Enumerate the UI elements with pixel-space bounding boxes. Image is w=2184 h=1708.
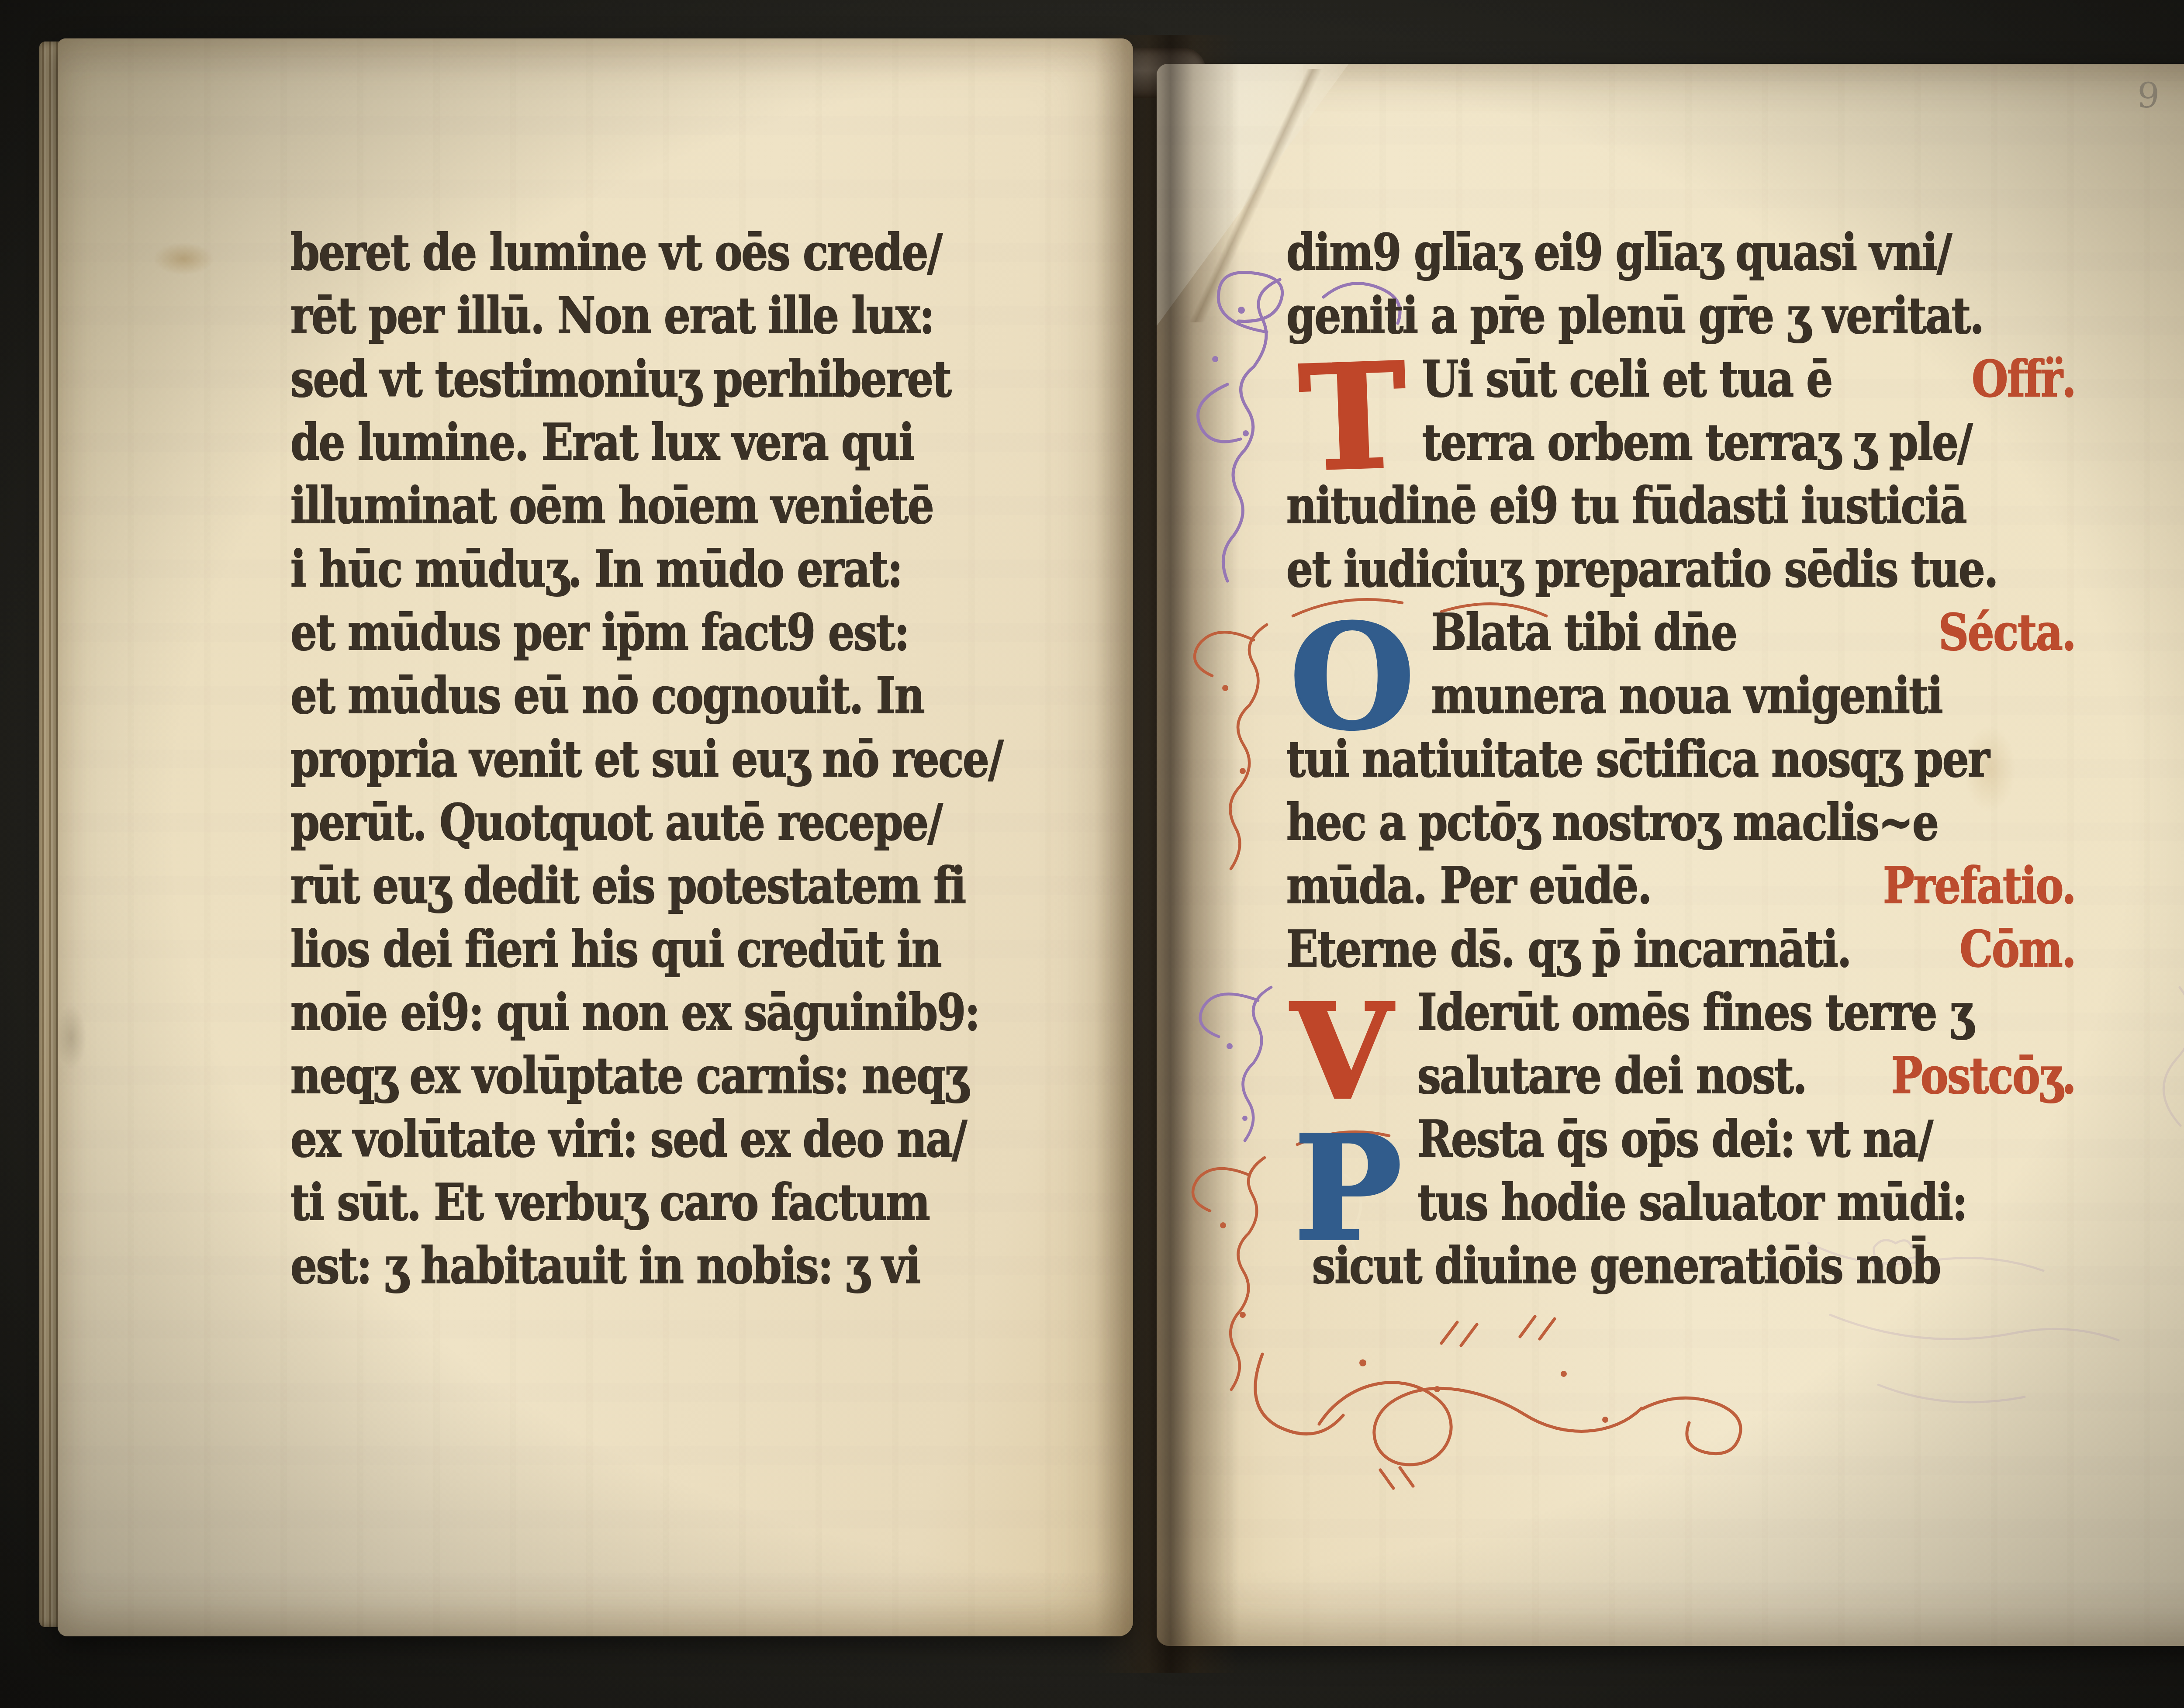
- text-line: de lumine. Erat lux vera qui: [290, 411, 1079, 474]
- text-segment: tus hodie saluator mūdi:: [1417, 1173, 1966, 1231]
- text-line: est: ʒ habitauit in nobis: ʒ vi: [290, 1234, 1079, 1297]
- text-line: Iderūt omēs fines terre ʒ: [1286, 981, 2075, 1044]
- text-segment: ti sūt. Et verbuʒ caro factum: [290, 1173, 929, 1231]
- text-segment: de lumine. Erat lux vera qui: [290, 413, 913, 471]
- text-segment: ex volūtate viri: sed ex deo na/: [290, 1110, 966, 1168]
- text-line: beret de lumine vt oēs crede/: [290, 221, 1079, 284]
- text-segment: et mūdus per ip̄m fact9 est:: [290, 603, 909, 661]
- text-line: geniti a pr̄e plenū gr̄e ʒ veritat.: [1286, 284, 2075, 347]
- text-segment: Eterne ds̄. qʒ p̄ incarnāti.: [1286, 917, 1851, 981]
- text-segment: est: ʒ habitauit in nobis: ʒ vi: [290, 1236, 920, 1295]
- text-line: sed vt testimoniuʒ perhiberet: [290, 347, 1079, 411]
- text-line: sicut diuine generatiōis nob̄: [1286, 1234, 2075, 1297]
- text-segment: neqʒ ex volūptate carnis: neqʒ: [290, 1046, 968, 1105]
- text-segment: dim9 glīaʒ ei9 glīaʒ quasi vni/: [1286, 223, 1951, 281]
- text-segment: sed vt testimoniuʒ perhiberet: [290, 349, 950, 408]
- text-line: dim9 glīaʒ ei9 glīaʒ quasi vni/: [1286, 221, 2075, 284]
- text-segment: Ui sūt celi et tua ē: [1422, 347, 1832, 411]
- left-page-edge-stack: [39, 41, 60, 1627]
- text-line: et mūdus eū nō cognouit. In: [290, 664, 1079, 727]
- text-line: rūt euʒ dedit eis potestatem fi: [290, 854, 1079, 917]
- text-segment: munera noua vnigeniti: [1431, 666, 1942, 725]
- text-segment: hec a pctōʒ nostroʒ maclis~e: [1286, 793, 1938, 851]
- folio-number: 9: [2136, 75, 2161, 117]
- rubric-label: Cōm.: [1959, 917, 2075, 981]
- text-segment: sicut diuine generatiōis nob̄: [1312, 1236, 1940, 1295]
- text-line: Blata tibi dn̄eSécta.: [1286, 601, 2075, 664]
- text-segment: noīe ei9: qui non ex sāguinib9:: [290, 983, 979, 1041]
- text-segment: terra orbem terraʒ ʒ ple/: [1422, 413, 1972, 471]
- text-segment: propria venit et sui euʒ nō rece/: [290, 730, 1002, 788]
- text-segment: rūt euʒ dedit eis potestatem fi: [290, 856, 965, 915]
- text-line: illuminat oēm hoīem venietē: [290, 474, 1079, 537]
- right-text-block: dim9 glīaʒ ei9 glīaʒ quasi vni/geniti a …: [1286, 221, 2184, 1297]
- text-line: tui natiuitate sc̄tifica nosqʒ per: [1286, 727, 2075, 791]
- text-line: neqʒ ex volūptate carnis: neqʒ: [290, 1044, 1079, 1107]
- text-segment: Blata tibi dn̄e: [1431, 601, 1736, 664]
- text-segment: perūt. Quotquot autē recepe/: [290, 793, 942, 851]
- text-segment: illuminat oēm hoīem venietē: [290, 476, 933, 535]
- manuscript-photo: 9: [0, 0, 2184, 1708]
- text-line: nitudinē ei9 tu fūdasti iusticiā: [1286, 474, 2075, 537]
- text-line: lios dei fieri his qui credūt in: [290, 917, 1079, 981]
- text-segment: Resta q̄s op̄s dei: vt na/: [1417, 1110, 1932, 1168]
- text-segment: salutare dei nost.: [1417, 1044, 1806, 1107]
- text-line: ti sūt. Et verbuʒ caro factum: [290, 1171, 1079, 1234]
- text-line: ex volūtate viri: sed ex deo na/: [290, 1107, 1079, 1171]
- text-line: terra orbem terraʒ ʒ ple/: [1286, 411, 2075, 474]
- left-text-block: beret de lumine vt oēs crede/rēt per ill…: [290, 221, 1230, 1297]
- text-line: perūt. Quotquot autē recepe/: [290, 791, 1079, 854]
- rubric-label: Sécta.: [1939, 601, 2075, 664]
- text-line: tus hodie saluator mūdi:: [1286, 1171, 2075, 1234]
- text-line: hec a pctōʒ nostroʒ maclis~e: [1286, 791, 2075, 854]
- text-line: salutare dei nost.Postcōʒ.: [1286, 1044, 2075, 1107]
- text-segment: et iudiciuʒ preparatio sēdis tue.: [1286, 539, 1997, 598]
- text-line: propria venit et sui euʒ nō rece/: [290, 727, 1079, 791]
- text-segment: mūda. Per eūdē.: [1286, 854, 1651, 917]
- text-line: noīe ei9: qui non ex sāguinib9:: [290, 981, 1079, 1044]
- rubric-label: Offr̈.: [1972, 347, 2075, 411]
- text-segment: et mūdus eū nō cognouit. In: [290, 666, 924, 725]
- text-segment: lios dei fieri his qui credūt in: [290, 920, 941, 978]
- text-segment: Iderūt omēs fines terre ʒ: [1417, 983, 1973, 1041]
- text-line: Ui sūt celi et tua ēOffr̈.: [1286, 347, 2075, 411]
- text-segment: nitudinē ei9 tu fūdasti iusticiā: [1286, 476, 1966, 535]
- text-line: Eterne ds̄. qʒ p̄ incarnāti.Cōm.: [1286, 917, 2075, 981]
- rubric-label: Postcōʒ.: [1891, 1044, 2075, 1107]
- text-line: mūda. Per eūdē.Prefatio.: [1286, 854, 2075, 917]
- text-segment: beret de lumine vt oēs crede/: [290, 223, 941, 281]
- text-segment: i hūc mūduʒ. In mūdo erat:: [290, 539, 902, 598]
- rubric-label: Prefatio.: [1883, 854, 2075, 917]
- text-segment: geniti a pr̄e plenū gr̄e ʒ veritat.: [1286, 286, 1983, 345]
- text-line: munera noua vnigeniti: [1286, 664, 2075, 727]
- text-line: rēt per illū. Non erat ille lux:: [290, 284, 1079, 347]
- text-line: i hūc mūduʒ. In mūdo erat:: [290, 537, 1079, 601]
- text-segment: rēt per illū. Non erat ille lux:: [290, 286, 934, 345]
- text-line: et iudiciuʒ preparatio sēdis tue.: [1286, 537, 2075, 601]
- text-segment: tui natiuitate sc̄tifica nosqʒ per: [1286, 730, 1989, 788]
- text-line: Resta q̄s op̄s dei: vt na/: [1286, 1107, 2075, 1171]
- text-line: et mūdus per ip̄m fact9 est:: [290, 601, 1079, 664]
